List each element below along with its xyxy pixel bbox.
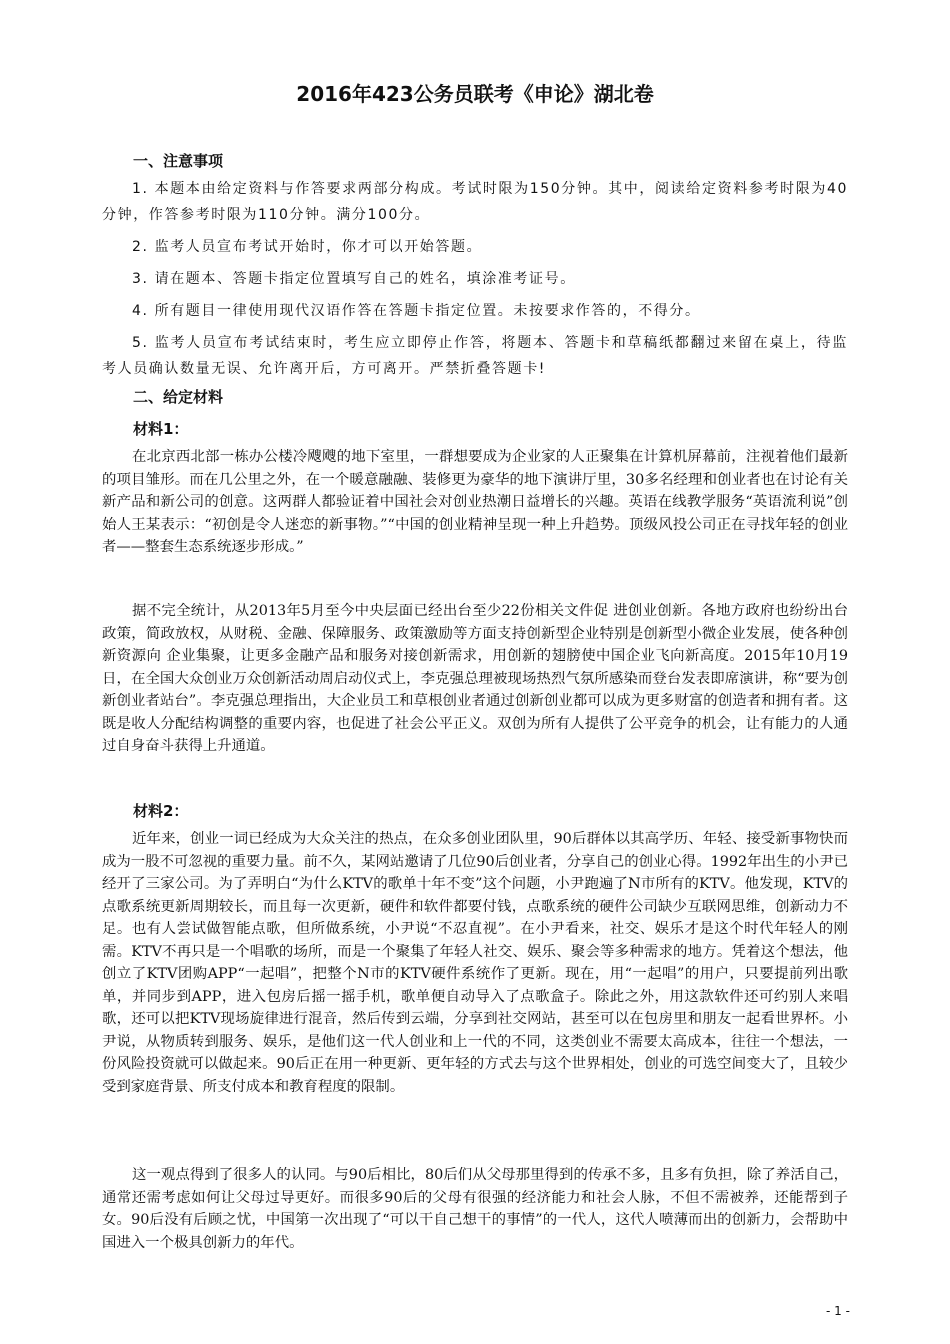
document-title: 2016年423公务员联考《申论》湖北卷 [0,78,950,107]
document-page: 2016年423公务员联考《申论》湖北卷 一、注意事项 1. 本题本由给定资料与… [0,0,950,1344]
material-2-label: 材料2： [133,800,188,821]
material-2-paragraph-2: 这一观点得到了很多人的认同。与90后相比，80后们从父母那里得到的传承不多，且多… [102,1164,848,1254]
notice-item-2: 2. 监考人员宣布考试开始时，你才可以开始答题。 [102,234,848,260]
notice-item-3: 3. 请在题本、答题卡指定位置填写自己的姓名，填涂准考证号。 [102,266,848,292]
section-heading-notice: 一、注意事项 [133,150,223,171]
notice-item-5: 5. 监考人员宣布考试结束时，考生应立即停止作答，将题本、答题卡和草稿纸都翻过来… [102,330,848,382]
material-2-paragraph-1: 近年来，创业一词已经成为大众关注的热点，在众多创业团队里，90后群体以其高学历、… [102,828,848,1098]
notice-item-4: 4. 所有题目一律使用现代汉语作答在答题卡指定位置。未按要求作答的，不得分。 [102,298,848,324]
section-heading-materials: 二、给定材料 [133,386,223,407]
material-1-paragraph-1: 在北京西北部一栋办公楼冷飕飕的地下室里，一群想要成为企业家的人正聚集在计算机屏幕… [102,446,848,559]
notice-item-1: 1. 本题本由给定资料与作答要求两部分构成。考试时限为150分钟。其中，阅读给定… [102,176,848,228]
page-number: - 1 - [826,1304,850,1318]
material-1-label: 材料1： [133,418,188,439]
material-1-paragraph-2: 据不完全统计，从2013年5月至今中央层面已经出台至少22份相关文件促 进创业创… [102,600,848,758]
